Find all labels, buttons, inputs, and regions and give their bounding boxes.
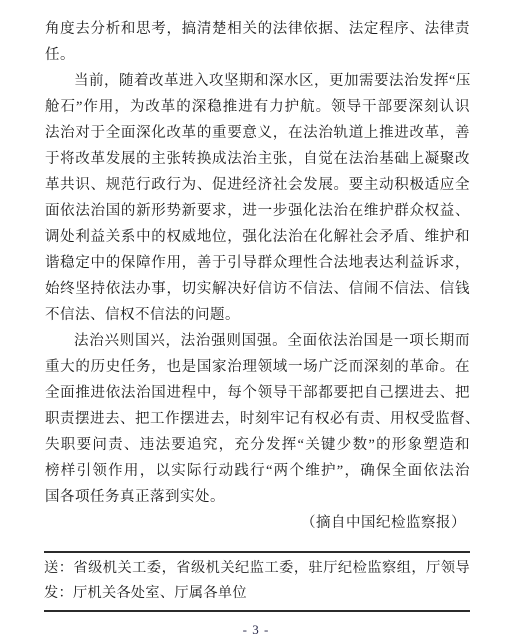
text-line: 全面推进依法治国进程中，每个领导干部都要把自己摆进去、把 [45, 380, 470, 406]
text-line: 职责摆进去、把工作摆进去，时刻牢记有权必有责、用权受监督、 [45, 406, 470, 432]
text-line: 榜样引领作用，以实际行动践行“两个维护”，确保全面依法治 [45, 458, 470, 484]
text-line: 法治兴则国兴，法治强则国强。全面依法治国是一项长期而 [45, 328, 470, 354]
text-line: 谐稳定中的保障作用，善于引导群众理性合法地表达利益诉求， [45, 250, 470, 276]
text-line: 革共识、规范行政行为、促进经济社会发展。要主动积极适应全 [45, 172, 470, 198]
text-line: 角度去分析和思考，搞清楚相关的法律依据、法定程序、法律责 [45, 16, 470, 42]
text-line: 不信法、信权不信法的问题。 [45, 302, 470, 328]
text-line: 任。 [45, 42, 470, 68]
text-line: 于将改革发展的主张转换成法治主张，自觉在法治基础上凝聚改 [45, 146, 470, 172]
body-text: 角度去分析和思考，搞清楚相关的法律依据、法定程序、法律责 任。 当前，随着改革进… [45, 16, 470, 536]
distribution-block: 送：省级机关工委，省级机关纪监工委，驻厅纪检监察组，厅领导 发：厅机关各处室、厅… [44, 551, 470, 612]
text-line: 法治对于全面深化改革的重要意义，在法治轨道上推进改革，善 [45, 120, 470, 146]
text-line: 失职要问责、违法要追究，充分发挥“关键少数”的形象塑造和 [45, 432, 470, 458]
text-line: 舱石”作用，为改革的深稳推进有力护航。领导干部要深刻认识 [45, 94, 470, 120]
document-page: 角度去分析和思考，搞清楚相关的法律依据、法定程序、法律责 任。 当前，随着改革进… [0, 0, 512, 644]
distribution-issue-line: 发：厅机关各处室、厅属各单位 [44, 581, 470, 606]
text-line: 当前，随着改革进入攻坚期和深水区，更加需要法治发挥“压 [45, 68, 470, 94]
text-line: 始终坚持依法办事，切实解决好信访不信法、信闹不信法、信钱 [45, 276, 470, 302]
attribution-line: （摘自中国纪检监察报） [45, 510, 470, 536]
page-number: - 3 - [0, 622, 512, 638]
distribution-send-line: 送：省级机关工委，省级机关纪监工委，驻厅纪检监察组，厅领导 [44, 556, 470, 581]
text-line: 国各项任务真正落到实处。 [45, 484, 470, 510]
text-line: 调处利益关系中的权威地位，强化法治在化解社会矛盾、维护和 [45, 224, 470, 250]
text-line: 重大的历史任务，也是国家治理领域一场广泛而深刻的革命。在 [45, 354, 470, 380]
text-line: 面依法治国的新形势新要求，进一步强化法治在维护群众权益、 [45, 198, 470, 224]
